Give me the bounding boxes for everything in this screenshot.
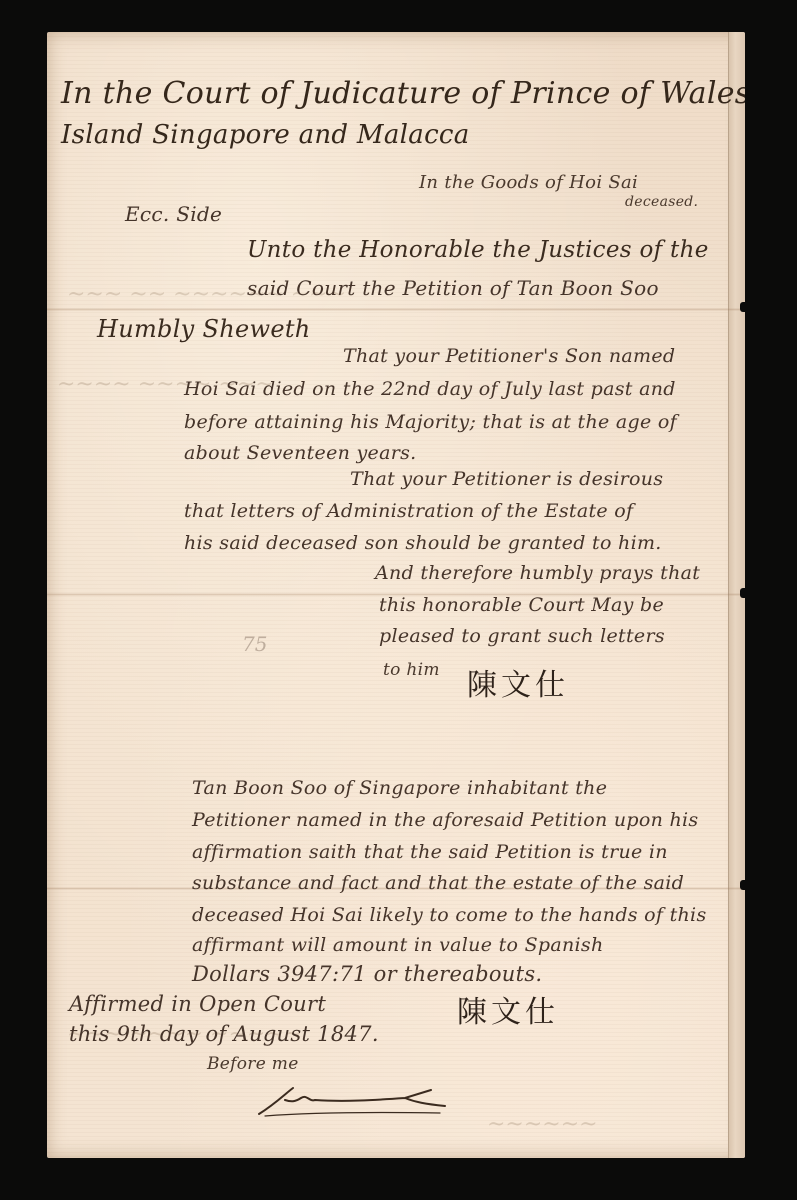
petition-line: And therefore humbly prays that: [375, 562, 700, 584]
petition-line: to him: [383, 660, 440, 680]
address-line-1: Unto the Honorable the Justices of the: [247, 237, 709, 263]
judge-signature: [255, 1080, 455, 1120]
petition-line: this honorable Court May be: [379, 594, 664, 616]
photo-frame: ~~~ ~~ ~~~~~~ ~~~ ~~~~ ~~~~ ~~~ ~~~ ~~~~…: [0, 0, 797, 1200]
ecclesiastical-side: Ecc. Side: [125, 202, 222, 226]
page-notch: [740, 302, 745, 312]
affirmation-line: Tan Boon Soo of Singapore inhabitant the: [192, 777, 607, 799]
bleed-through-text: ~~~~~~: [487, 1112, 598, 1137]
petition-line: before attaining his Majority; that is a…: [184, 411, 677, 433]
goods-of-line: In the Goods of Hoi Sai: [419, 172, 638, 193]
page-notch: [740, 588, 745, 598]
affirmation-line: affirmant will amount in value to Spanis…: [192, 934, 604, 956]
affirmation-line: affirmation saith that the said Petition…: [192, 841, 668, 863]
jurat-line-2: this 9th day of August 1847.: [69, 1022, 379, 1046]
petition-line: his said deceased son should be granted …: [184, 532, 662, 554]
affirmation-line: substance and fact and that the estate o…: [192, 872, 684, 894]
petition-line: that letters of Administration of the Es…: [184, 500, 633, 522]
chinese-signature: 陳文仕: [457, 987, 559, 1031]
margin-mark: 75: [242, 632, 267, 656]
document-page: ~~~ ~~ ~~~~~~ ~~~ ~~~~ ~~~~ ~~~ ~~~ ~~~~…: [47, 32, 745, 1158]
petition-line: That your Petitioner's Son named: [343, 345, 675, 367]
page-notch: [740, 880, 745, 890]
chinese-signature: 陳文仕: [467, 660, 569, 704]
affirmation-line: Dollars 3947:71 or thereabouts.: [192, 962, 542, 986]
petition-line: pleased to grant such letters: [379, 625, 665, 647]
deceased-label: deceased.: [625, 194, 698, 210]
petition-line: Hoi Sai died on the 22nd day of July las…: [184, 378, 676, 400]
jurat-line-1: Affirmed in Open Court: [69, 992, 326, 1016]
humbly-sheweth: Humbly Sheweth: [97, 315, 311, 343]
court-title-line-2: Island Singapore and Malacca: [61, 120, 470, 150]
petition-line: about Seventeen years.: [184, 442, 417, 464]
court-title-line-1: In the Court of Judicature of Prince of …: [61, 76, 745, 111]
affirmation-line: deceased Hoi Sai likely to come to the h…: [192, 904, 707, 926]
before-me: Before me: [207, 1054, 299, 1074]
fold-line: [47, 308, 745, 311]
address-line-2: said Court the Petition of Tan Boon Soo: [247, 276, 659, 300]
petition-line: That your Petitioner is desirous: [350, 468, 663, 490]
affirmation-line: Petitioner named in the aforesaid Petiti…: [192, 809, 698, 831]
